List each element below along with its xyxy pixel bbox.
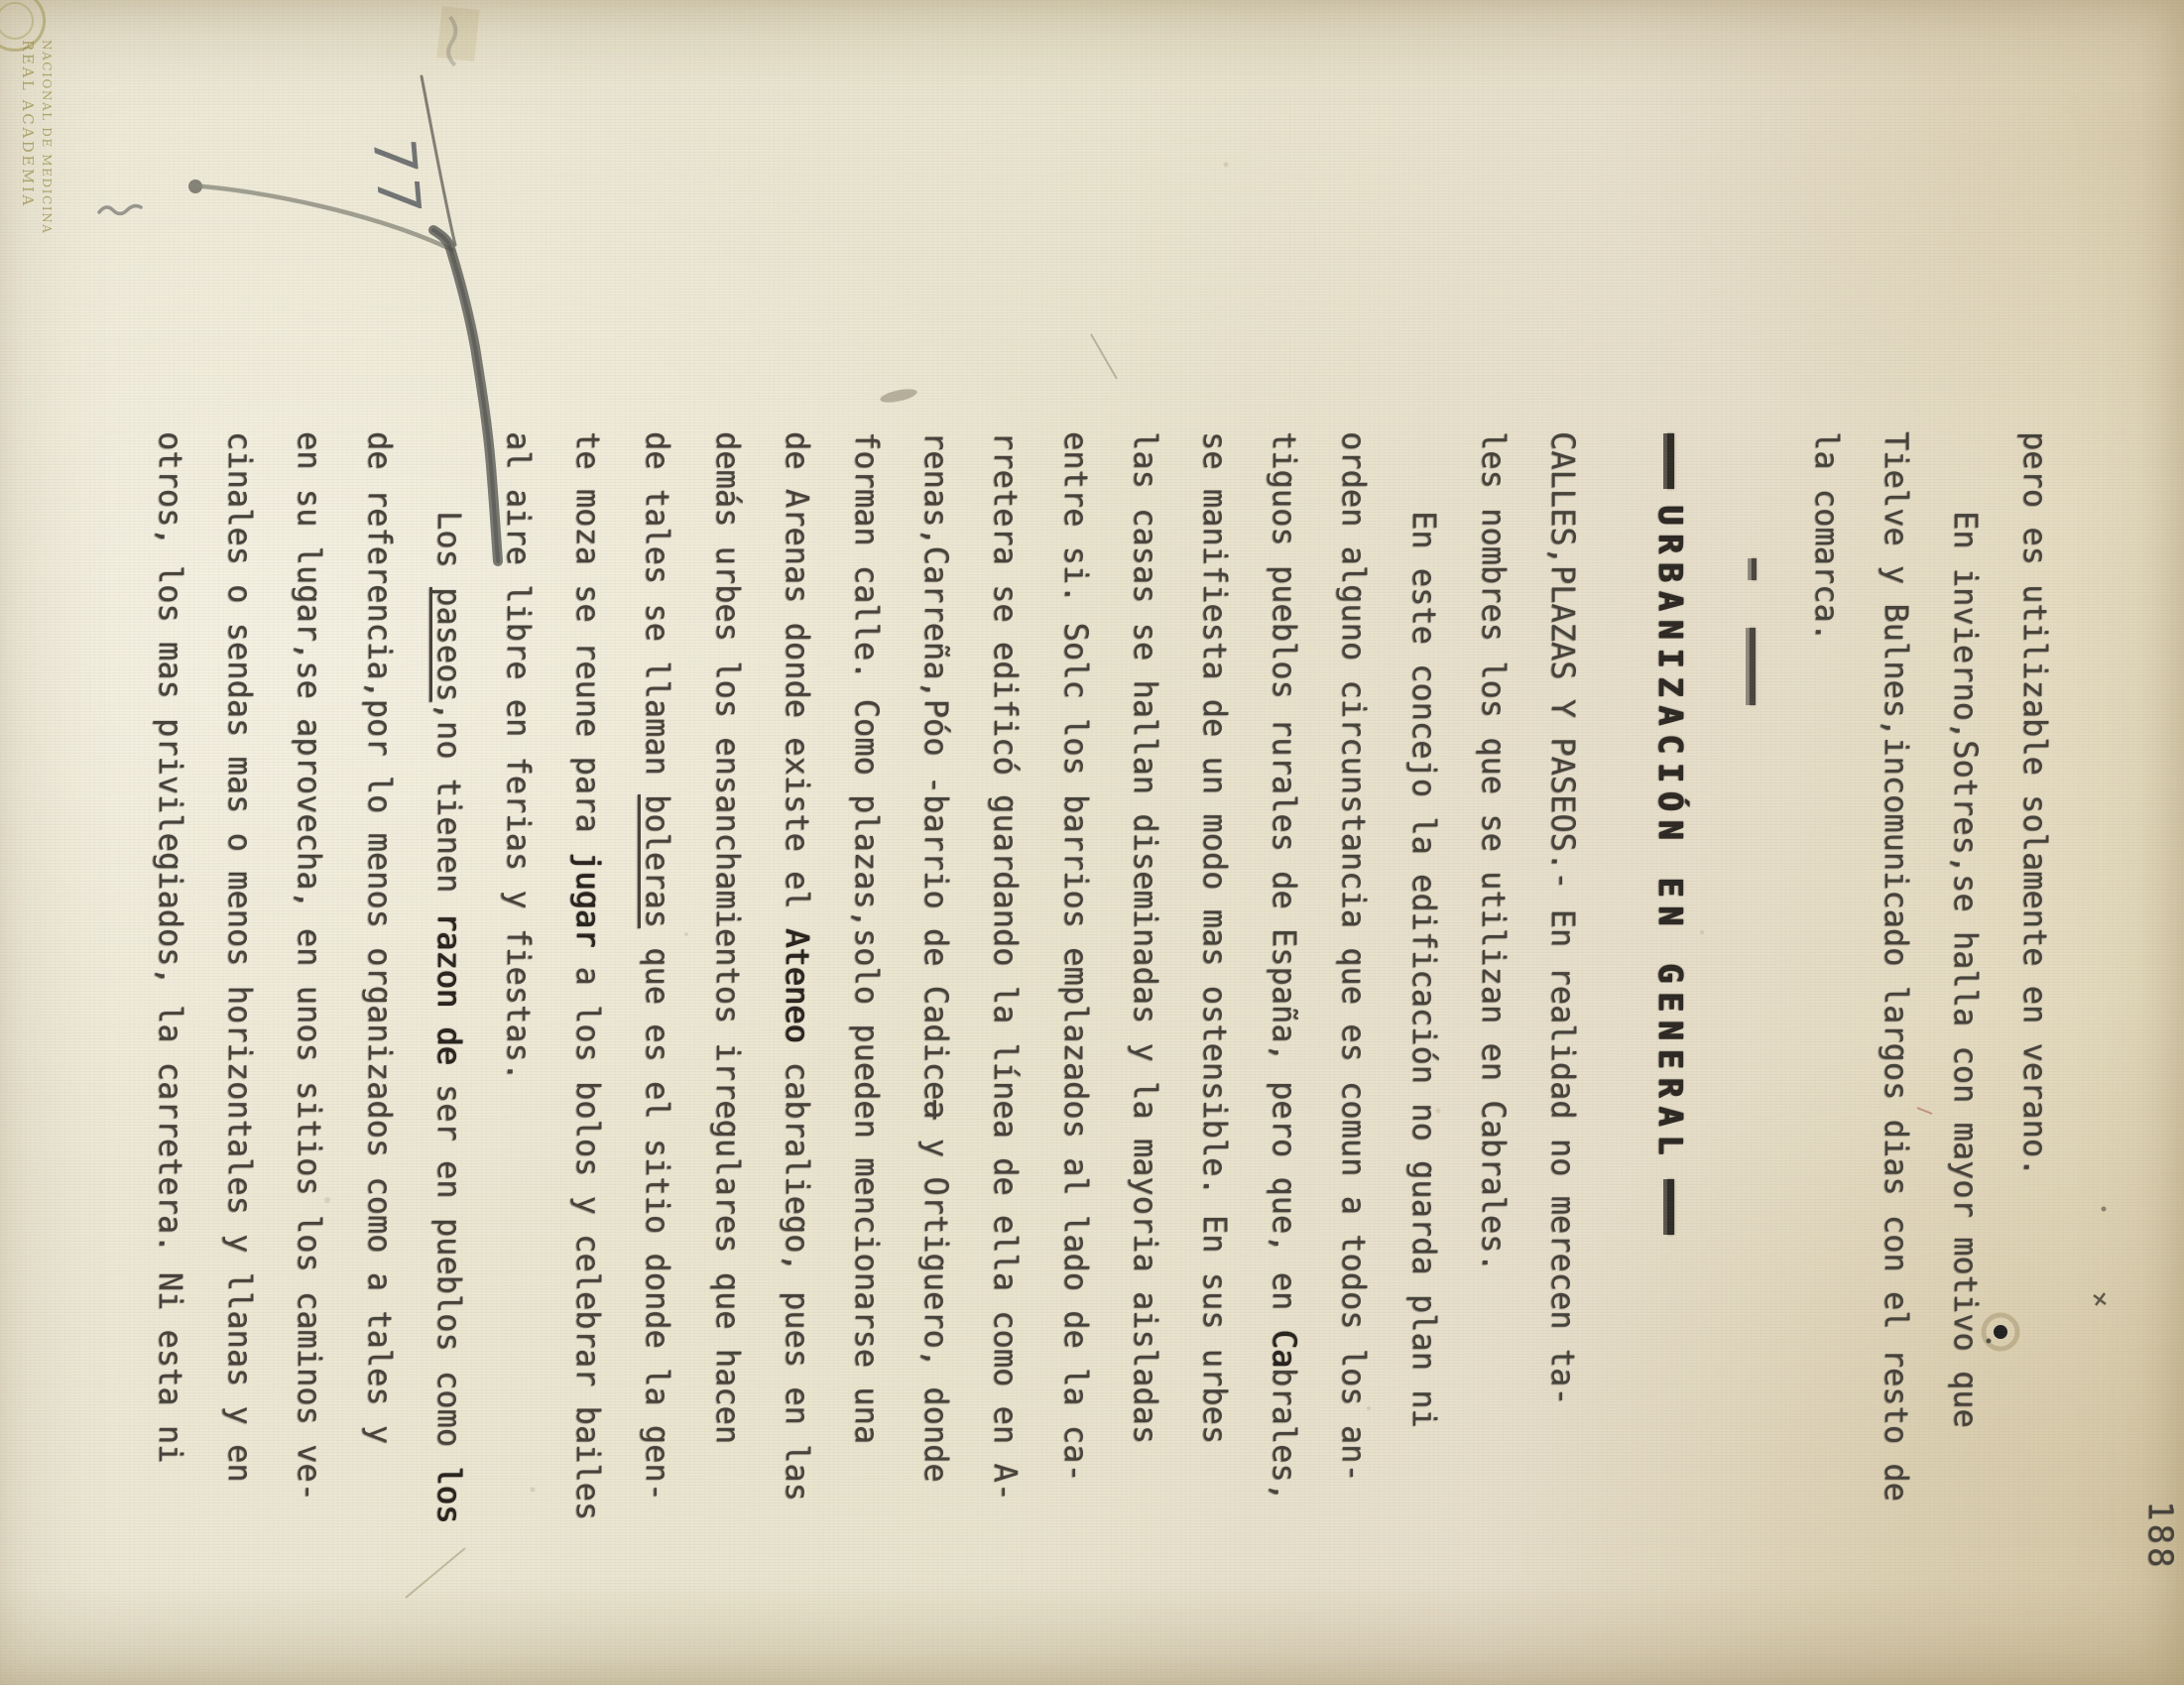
typed-line: les nombres los que se utilizan en Cabra… <box>1473 431 1515 1272</box>
handwritten-folio-number: 77 <box>359 137 433 217</box>
archive-stamp: NACIONAL DE MEDICINA REAL ACADEMIA <box>0 0 61 298</box>
typed-segment: y Ortiguero, donde <box>917 1120 955 1483</box>
typed-line: renas,Carreña,Póo -barrio de Cadicea y O… <box>915 431 957 1483</box>
typed-line: entre si. Solc los barrios emplazados al… <box>1055 431 1097 1483</box>
typed-line: Tielve y Bulnes,incomunicado largos dias… <box>1876 431 1917 1502</box>
typed-segment: otros, los mas privilegiados, la carrete… <box>152 431 189 1463</box>
typed-segment: de tales se llaman <box>639 431 676 794</box>
section-heading-text: URBANIZACIÓN EN GENERAL <box>1651 505 1690 1163</box>
page-number: 188 <box>2140 1501 2180 1570</box>
typed-segment: a los bolos y celebrar bailes <box>569 947 607 1520</box>
typed-segment: les nombres los que se utilizan en Cabra… <box>1475 431 1513 1272</box>
typed-line: al aire libre en ferias y fiestas. <box>498 431 540 1081</box>
typed-segment: rretera se edificó guardando la línea de… <box>987 431 1025 1502</box>
typed-line: otros, los mas privilegiados, la carrete… <box>150 431 191 1463</box>
typed-segment: ser en pueblos como <box>430 1065 468 1467</box>
dash-mark <box>1752 558 1757 580</box>
typed-segment: se manifiesta de un modo mas ostensible.… <box>1196 431 1234 1444</box>
stamp-text-line: NACIONAL DE MEDICINA <box>40 40 54 235</box>
typed-segment: paseos <box>430 587 468 702</box>
typed-segment: Ateneo <box>779 928 816 1043</box>
typed-segment: cinales o sendas mas o menos horizontale… <box>221 431 259 1483</box>
typed-segment: cabraliego, pues en las <box>779 1043 816 1502</box>
typed-segment: entre si. Solc los barrios emplazados al… <box>1057 431 1095 1483</box>
dash-mark <box>1667 1179 1674 1235</box>
typed-segment: demás urbes los ensanchamientos irregula… <box>709 431 747 1444</box>
typed-segment: la comarca. <box>1808 431 1846 642</box>
typed-line: en su lugar,se aprovecha, en unos sitios… <box>289 431 330 1502</box>
typed-segment: jugar <box>569 852 607 947</box>
typed-line: de Arenas donde existe el Ateneo cabrali… <box>777 431 818 1502</box>
document-page: NACIONAL DE MEDICINA REAL ACADEMIA 77 18… <box>0 0 2184 1685</box>
scanned-document-page: NACIONAL DE MEDICINA REAL ACADEMIA 77 18… <box>0 0 2184 1685</box>
typed-segment: en su lugar,se aprovecha, en unos sitios… <box>291 431 328 1502</box>
typed-line: cinales o sendas mas o menos horizontale… <box>219 431 261 1483</box>
typed-line: orden alguno circunstancia que es comun … <box>1333 431 1375 1483</box>
typed-segment: te moza se reune para <box>569 431 607 852</box>
typed-segment: orden alguno circunstancia que es comun … <box>1335 431 1373 1483</box>
typed-segment: forman calle. Como plazas,solo pueden me… <box>848 431 886 1444</box>
typed-segment: de referencia,por lo menos organizados c… <box>361 431 399 1444</box>
typed-line: de referencia,por lo menos organizados c… <box>359 431 401 1444</box>
typed-line: forman calle. Como plazas,solo pueden me… <box>846 431 888 1444</box>
typed-line: pero es utilizable solamente en verano. <box>2014 431 2056 1176</box>
typed-line: las casas se hallan diseminadas y la may… <box>1125 431 1166 1444</box>
section-heading: URBANIZACIÓN EN GENERAL <box>1651 433 1690 1235</box>
typed-line: la comarca. <box>1806 431 1848 642</box>
typed-segment: razon de <box>430 912 468 1065</box>
typed-segment: las casas se hallan diseminadas y la may… <box>1127 431 1164 1444</box>
typed-segment: Los <box>430 511 468 587</box>
typed-segment: En este concejo la edificación no guarda… <box>1405 511 1443 1428</box>
typed-segment: brales, <box>1266 1368 1303 1502</box>
typed-line: rretera se edificó guardando la línea de… <box>985 431 1027 1502</box>
separator-dashes <box>1743 0 1757 1685</box>
typed-line: tiguos pueblos rurales de España, pero q… <box>1264 431 1305 1502</box>
typed-line: En este concejo la edificación no guarda… <box>1403 511 1445 1428</box>
typed-segment: tiguos pueblos rurales de España, pero q… <box>1266 431 1303 1329</box>
dash-mark <box>1750 628 1756 705</box>
typed-segment: boleras <box>639 794 676 928</box>
typed-segment: En invierno,Sotres,se halla con mayor mo… <box>1947 511 1985 1428</box>
typed-segment: ,no tienen <box>430 702 468 912</box>
typed-segment: los <box>430 1466 468 1523</box>
typed-segment: Tielve y Bulnes,incomunicado largos dias… <box>1878 431 1915 1502</box>
typed-segment: de Arenas donde existe el <box>779 431 816 928</box>
typed-line: CALLES,PLAZAS Y PASEOS.- En realidad no … <box>1542 431 1584 1406</box>
typed-segment: a <box>917 1100 955 1119</box>
typed-line: de tales se llaman boleras que es el sit… <box>637 431 678 1502</box>
typed-segment: al aire libre en ferias y fiestas. <box>500 431 538 1081</box>
typed-segment: que es el sitio donde la gen- <box>639 928 676 1502</box>
typed-line: En invierno,Sotres,se halla con mayor mo… <box>1945 511 1987 1428</box>
typed-line: demás urbes los ensanchamientos irregula… <box>707 431 749 1444</box>
typed-line: Los paseos,no tienen razon de ser en pue… <box>428 511 470 1523</box>
typed-segment: CALLES,PLAZAS Y PASEOS.- En realidad no … <box>1544 431 1582 1406</box>
typed-segment: pero es utilizable solamente en verano. <box>2016 431 2054 1176</box>
dash-mark <box>1667 433 1674 489</box>
typed-line: se manifiesta de un modo mas ostensible.… <box>1194 431 1236 1444</box>
typed-segment: Ca <box>1266 1329 1303 1368</box>
stamp-text-line: REAL ACADEMIA <box>19 40 37 208</box>
typed-segment: renas,Carreña,Póo -barrio de Cadice <box>917 431 955 1100</box>
typed-line: te moza se reune para jugar a los bolos … <box>567 431 609 1520</box>
